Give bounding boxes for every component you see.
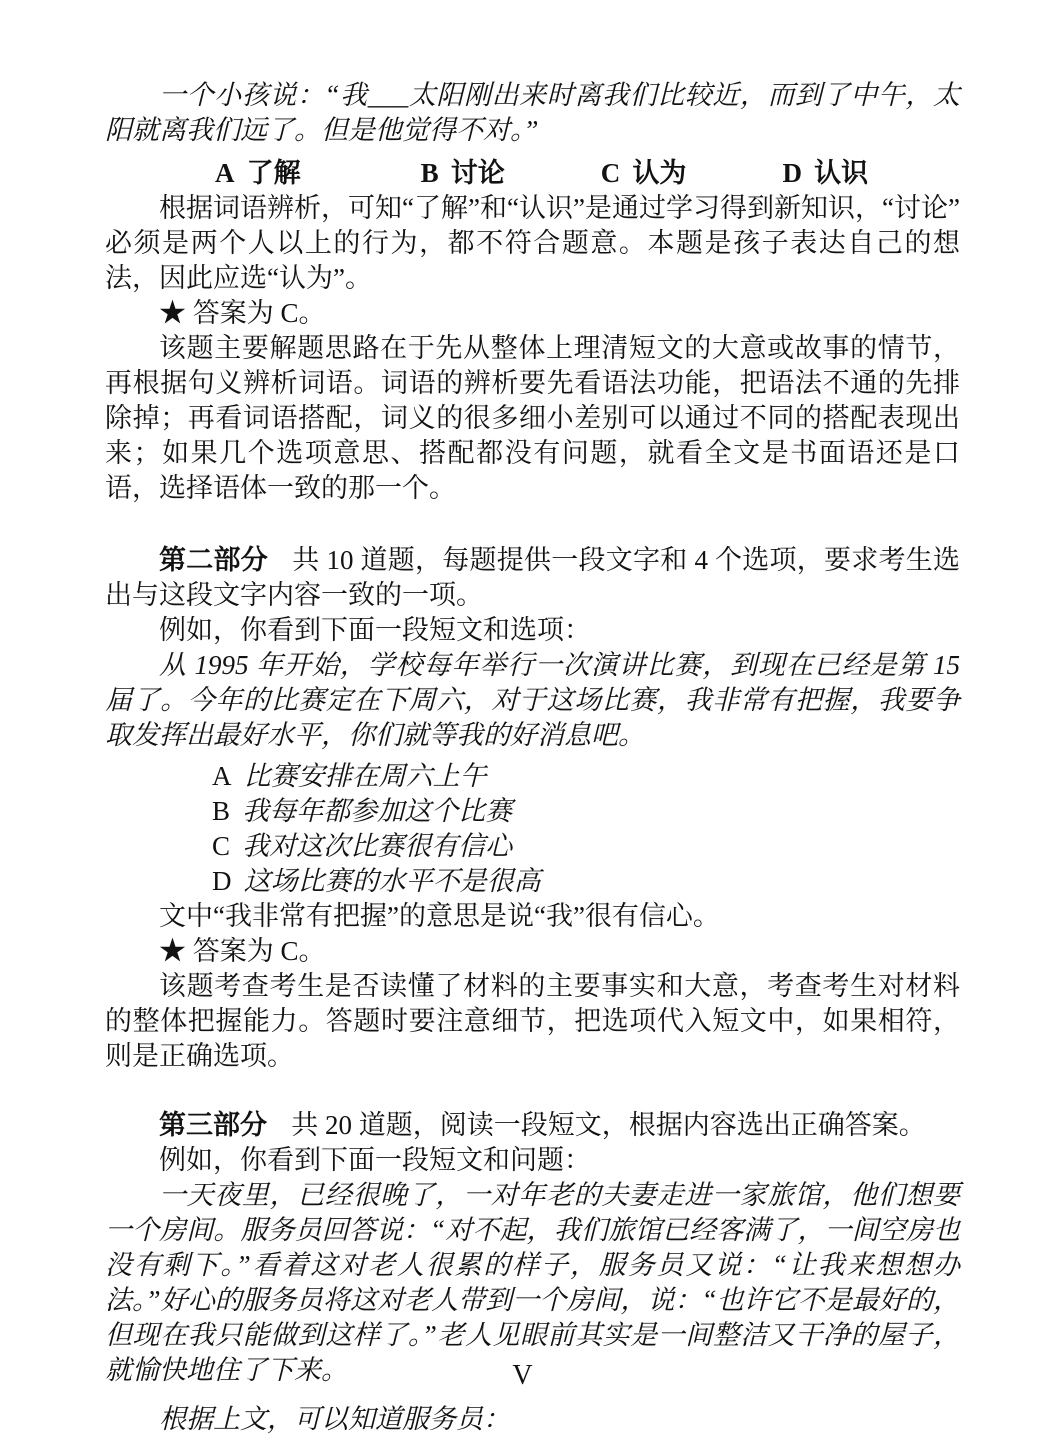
page-number: V	[0, 1358, 1045, 1393]
part2-explanation: 文中“我非常有把握”的意思是说“我”很有信心。	[105, 899, 960, 934]
part2-option-a: A比赛安排在周六上午	[212, 759, 960, 794]
option-letter: D	[212, 866, 232, 896]
option-text: 我对这次比赛很有信心	[242, 831, 512, 861]
part2-heading: 第二部分	[159, 545, 268, 575]
option-text: 认识	[814, 158, 868, 188]
part2-option-d: D这场比赛的水平不是很高	[212, 864, 960, 899]
part2-example-text: 从 1995 年开始，学校每年举行一次演讲比赛，到现在已经是第 15 届了。今年…	[105, 648, 960, 753]
part1-analysis: 根据词语辨析，可知“了解”和“认识”是通过学习得到新知识，“讨论”必须是两个人以…	[105, 191, 960, 296]
part1-option-c: C认为	[601, 156, 687, 191]
option-letter: B	[421, 158, 439, 188]
option-text: 这场比赛的水平不是很高	[244, 866, 541, 896]
option-letter: A	[215, 158, 235, 188]
part1-option-b: B讨论	[421, 156, 505, 191]
option-text: 讨论	[451, 158, 505, 188]
option-text: 认为	[632, 158, 686, 188]
part3-example-intro: 例如，你看到下面一段短文和问题：	[105, 1143, 960, 1178]
option-text: 我每年都参加这个比赛	[242, 796, 512, 826]
part1-options-row: A了解 B讨论 C认为 D认识	[105, 156, 960, 191]
part2-section-intro: 第二部分共 10 道题，每题提供一段文字和 4 个选项，要求考生选出与这段文字内…	[105, 543, 960, 613]
part3-example-text: 一天夜里，已经很晚了，一对年老的夫妻走进一家旅馆，他们想要一个房间。服务员回答说…	[105, 1178, 960, 1388]
part2-option-b: B我每年都参加这个比赛	[212, 794, 960, 829]
option-letter: C	[601, 158, 621, 188]
part1-answer: ★ 答案为 C。	[105, 296, 960, 331]
part2-options-list: A比赛安排在周六上午 B我每年都参加这个比赛 C我对这次比赛很有信心 D这场比赛…	[212, 759, 960, 899]
part1-option-a: A了解	[215, 156, 301, 191]
part3-heading: 第三部分	[159, 1110, 267, 1140]
scanned-book-page: 一个小孩说：“我___太阳刚出来时离我们比较近，而到了中午，太阳就离我们远了。但…	[0, 0, 1045, 1449]
part2-option-c: C我对这次比赛很有信心	[212, 829, 960, 864]
option-letter: B	[212, 796, 230, 826]
part2-example-intro: 例如，你看到下面一段短文和选项：	[105, 613, 960, 648]
part1-question: 一个小孩说：“我___太阳刚出来时离我们比较近，而到了中午，太阳就离我们远了。但…	[105, 78, 960, 148]
part3-question: 根据上文，可以知道服务员：	[105, 1402, 960, 1437]
part1-strategy: 该题主要解题思路在于先从整体上理清短文的大意或故事的情节，再根据句义辨析词语。词…	[105, 331, 960, 506]
option-letter: D	[782, 158, 802, 188]
part1-option-d: D认识	[782, 156, 868, 191]
option-text: 了解	[247, 158, 301, 188]
part2-strategy: 该题考查考生是否读懂了材料的主要事实和大意，考查考生对材料的整体把握能力。答题时…	[105, 969, 960, 1074]
option-text: 比赛安排在周六上午	[244, 761, 487, 791]
part3-section-intro: 第三部分共 20 道题，阅读一段短文，根据内容选出正确答案。	[105, 1108, 960, 1143]
part2-answer: ★ 答案为 C。	[105, 934, 960, 969]
option-letter: C	[212, 831, 230, 861]
part3-heading-desc: 共 20 道题，阅读一段短文，根据内容选出正确答案。	[291, 1110, 926, 1140]
option-letter: A	[212, 761, 232, 791]
